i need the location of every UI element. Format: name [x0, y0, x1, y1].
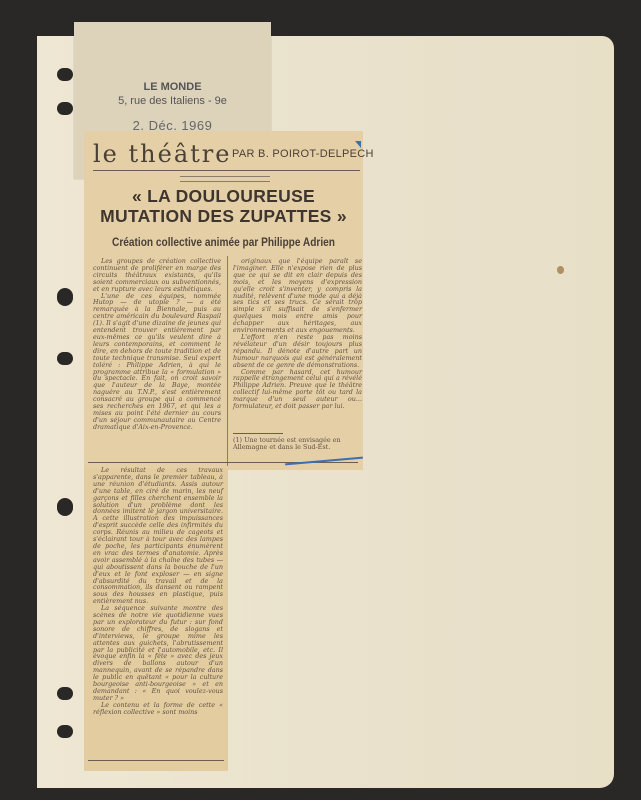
section-rubric: le théâtre — [93, 140, 231, 168]
paragraph: L'une de ces équipes, nommée Hutop — de … — [93, 293, 221, 431]
column-bottom-rule — [88, 760, 224, 761]
binder-hole — [57, 498, 73, 516]
binder-hole — [57, 288, 73, 306]
column-divider — [227, 256, 228, 466]
binder-hole — [57, 725, 73, 738]
binder-hole — [57, 352, 73, 365]
newspaper-address: 5, rue des Italiens - 9e — [74, 95, 271, 107]
article-column-a-continued: Le résultat de ces travaux s'apparente, … — [93, 467, 223, 716]
paragraph: Comme par hasard, cet humour rappelle ét… — [233, 369, 362, 410]
article-subheadline: Création collective animée par Philippe … — [101, 237, 347, 249]
binder-hole — [57, 68, 73, 81]
article-byline: PAR B. POIROT-DELPECH — [232, 148, 374, 160]
rubric-divider — [93, 170, 360, 171]
newspaper-name: LE MONDE — [74, 81, 271, 93]
paragraph: La séquence suivante montre des scènes d… — [93, 605, 223, 702]
ornamental-divider — [180, 176, 270, 182]
article-column-b: originaux que l'équipe paraît se l'imagi… — [233, 258, 362, 410]
paragraph: Le résultat de ces travaux s'apparente, … — [93, 467, 223, 605]
paragraph: L'effort n'en reste pas moins révélateur… — [233, 334, 362, 369]
binder-hole — [57, 102, 73, 115]
article-footnote: (1) Une tournée est envisagée en Allemag… — [233, 437, 362, 451]
binder-hole — [57, 687, 73, 700]
blue-pencil-corner-mark — [355, 141, 361, 148]
footnote-divider — [233, 433, 283, 434]
paragraph: Les groupes de création collective conti… — [93, 258, 221, 293]
paragraph: Le contenu et la forme de cette « réflex… — [93, 702, 223, 716]
article-headline: « LA DOULOUREUSE MUTATION DES ZUPATTES » — [84, 186, 363, 226]
paper-stain — [557, 266, 564, 274]
article-column-a: Les groupes de création collective conti… — [93, 258, 221, 431]
paragraph: originaux que l'équipe paraît se l'imagi… — [233, 258, 362, 334]
